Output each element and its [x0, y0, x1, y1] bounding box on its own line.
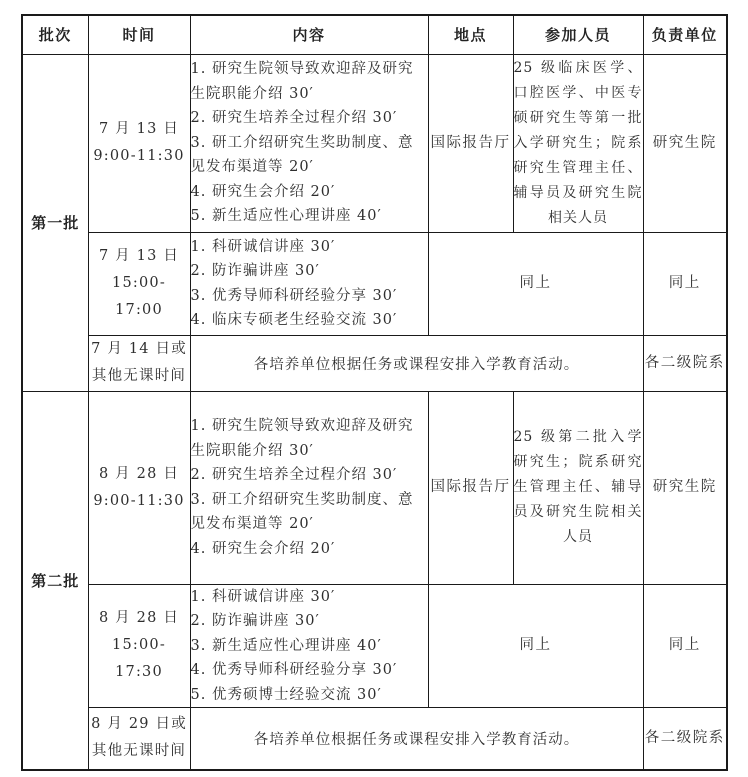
- table-row: 8 月 29 日或 其他无课时间 各培养单位根据任务或课程安排入学教育活动。 各…: [22, 708, 727, 770]
- participants-cell: 25 级第二批入学研究生；院系研究生管理主任、辅导员及研究生院相关人员: [513, 391, 643, 584]
- content-cell: 1. 科研诚信讲座 30′ 2. 防诈骗讲座 30′ 3. 新生适应性心理讲座 …: [190, 584, 428, 708]
- content-item: 1. 科研诚信讲座 30′: [191, 235, 428, 260]
- content-item: 3. 研工介绍研究生奖助制度、意见发布渠道等 20′: [191, 488, 428, 537]
- time-date: 8 月 28 日: [89, 605, 190, 632]
- unit-cell: 同上: [643, 584, 727, 708]
- unit-cell: 各二级院系: [643, 708, 727, 770]
- content-item: 3. 研工介绍研究生奖助制度、意见发布渠道等 20′: [191, 131, 428, 180]
- time-cell: 8 月 28 日 15:00-17:30: [88, 584, 190, 708]
- time-cell: 8 月 29 日或 其他无课时间: [88, 708, 190, 770]
- content-item: 2. 防诈骗讲座 30′: [191, 609, 428, 634]
- time-range: 9:00-11:30: [89, 488, 190, 515]
- content-item: 2. 研究生培养全过程介绍 30′: [191, 463, 428, 488]
- table-row: 8 月 28 日 15:00-17:30 1. 科研诚信讲座 30′ 2. 防诈…: [22, 584, 727, 708]
- content-cell: 1. 研究生院领导致欢迎辞及研究生院职能介绍 30′ 2. 研究生培养全过程介绍…: [190, 54, 428, 232]
- batch-2-label-cell: 第二批: [22, 391, 88, 770]
- content-item: 4. 研究生会介绍 20′: [191, 180, 428, 205]
- content-item: 4. 优秀导师科研经验分享 30′: [191, 658, 428, 683]
- time-date: 7 月 14 日或: [89, 336, 190, 363]
- time-range: 15:00-17:00: [89, 270, 190, 324]
- time-date: 7 月 13 日: [89, 116, 190, 143]
- header-participants: 参加人员: [513, 15, 643, 54]
- content-item: 1. 科研诚信讲座 30′: [191, 585, 428, 610]
- time-range: 15:00-17:30: [89, 632, 190, 686]
- participants-cell: 25 级临床医学、口腔医学、中医专硕研究生等第一批入学研究生；院系研究生管理主任…: [513, 54, 643, 232]
- location-cell: 国际报告厅: [428, 54, 513, 232]
- note-cell: 各培养单位根据任务或课程安排入学教育活动。: [190, 335, 643, 391]
- time-cell: 8 月 28 日 9:00-11:30: [88, 391, 190, 584]
- content-item: 1. 研究生院领导致欢迎辞及研究生院职能介绍 30′: [191, 414, 428, 463]
- time-date: 8 月 28 日: [89, 461, 190, 488]
- content-item: 5. 新生适应性心理讲座 40′: [191, 204, 428, 229]
- unit-cell: 各二级院系: [643, 335, 727, 391]
- time-cell: 7 月 14 日或 其他无课时间: [88, 335, 190, 391]
- time-date: 8 月 29 日或: [89, 711, 190, 738]
- content-item: 3. 优秀导师科研经验分享 30′: [191, 284, 428, 309]
- content-item: 4. 临床专硕老生经验交流 30′: [191, 308, 428, 333]
- table-row: 7 月 14 日或 其他无课时间 各培养单位根据任务或课程安排入学教育活动。 各…: [22, 335, 727, 391]
- content-item: 3. 新生适应性心理讲座 40′: [191, 634, 428, 659]
- table-row: 7 月 13 日 15:00-17:00 1. 科研诚信讲座 30′ 2. 防诈…: [22, 232, 727, 335]
- time-range: 9:00-11:30: [89, 143, 190, 170]
- unit-cell: 研究生院: [643, 54, 727, 232]
- time-cell: 7 月 13 日 9:00-11:30: [88, 54, 190, 232]
- time-range: 其他无课时间: [89, 738, 190, 765]
- content-item: 2. 研究生培养全过程介绍 30′: [191, 106, 428, 131]
- time-date: 7 月 13 日: [89, 243, 190, 270]
- unit-cell: 同上: [643, 232, 727, 335]
- header-content: 内容: [190, 15, 428, 54]
- location-cell: 国际报告厅: [428, 391, 513, 584]
- batch-1-label-cell: 第一批: [22, 54, 88, 391]
- content-item: 5. 优秀硕博士经验交流 30′: [191, 683, 428, 708]
- table-row: 第一批 7 月 13 日 9:00-11:30 1. 研究生院领导致欢迎辞及研究…: [22, 54, 727, 232]
- header-row: 批次 时间 内容 地点 参加人员 负责单位: [22, 15, 727, 54]
- time-range: 其他无课时间: [89, 363, 190, 390]
- header-unit: 负责单位: [643, 15, 727, 54]
- header-location: 地点: [428, 15, 513, 54]
- content-item: 2. 防诈骗讲座 30′: [191, 259, 428, 284]
- table-row: 第二批 8 月 28 日 9:00-11:30 1. 研究生院领导致欢迎辞及研究…: [22, 391, 727, 584]
- content-item: 1. 研究生院领导致欢迎辞及研究生院职能介绍 30′: [191, 57, 428, 106]
- note-cell: 各培养单位根据任务或课程安排入学教育活动。: [190, 708, 643, 770]
- orientation-schedule-table: 批次 时间 内容 地点 参加人员 负责单位 第一批 7 月 13 日 9:00-…: [21, 14, 728, 771]
- content-cell: 1. 研究生院领导致欢迎辞及研究生院职能介绍 30′ 2. 研究生培养全过程介绍…: [190, 391, 428, 584]
- header-time: 时间: [88, 15, 190, 54]
- location-participants-ditto-cell: 同上: [428, 584, 643, 708]
- time-cell: 7 月 13 日 15:00-17:00: [88, 232, 190, 335]
- content-item: 4. 研究生会介绍 20′: [191, 537, 428, 562]
- content-cell: 1. 科研诚信讲座 30′ 2. 防诈骗讲座 30′ 3. 优秀导师科研经验分享…: [190, 232, 428, 335]
- location-participants-ditto-cell: 同上: [428, 232, 643, 335]
- unit-cell: 研究生院: [643, 391, 727, 584]
- header-batch: 批次: [22, 15, 88, 54]
